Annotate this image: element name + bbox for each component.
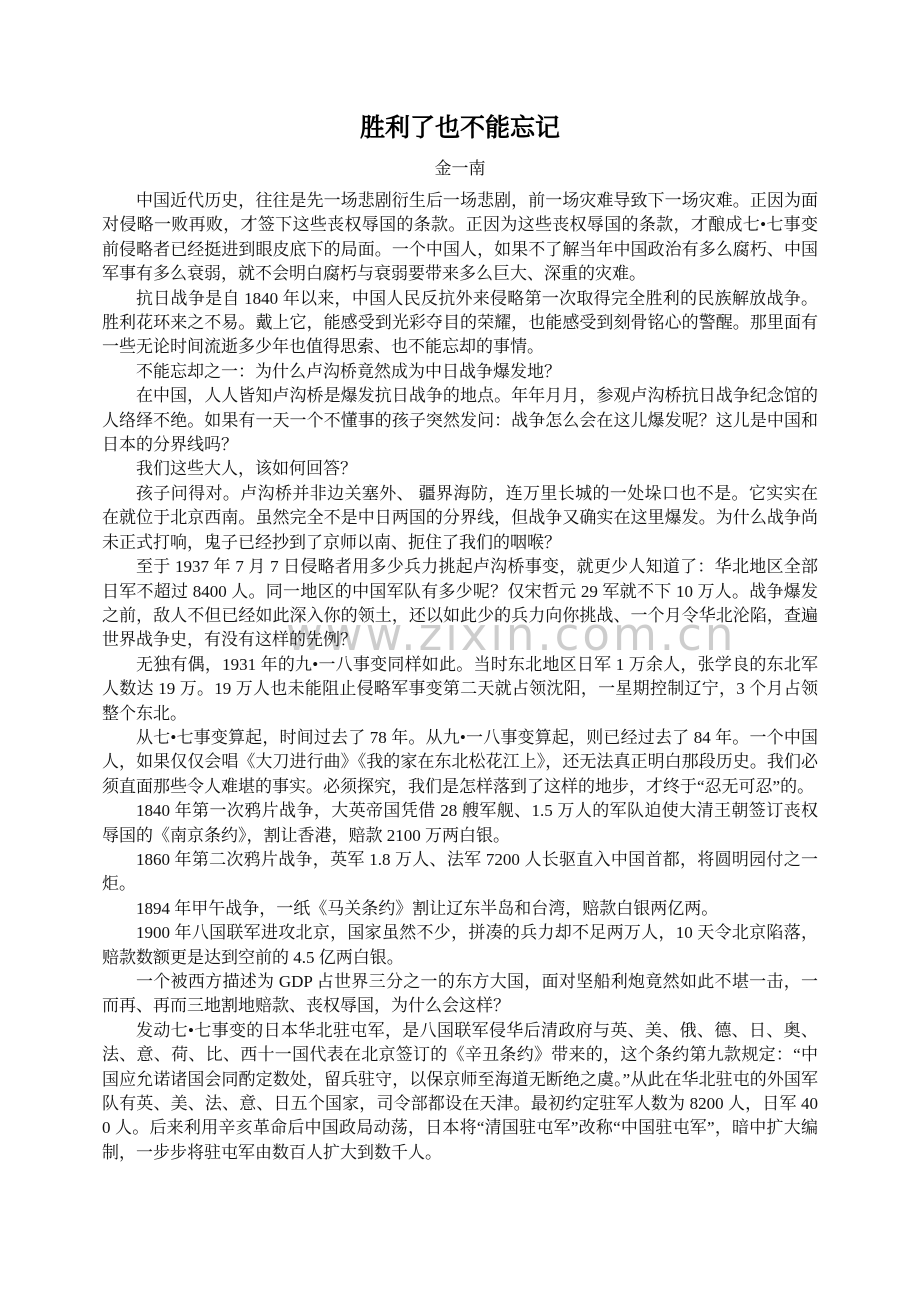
paragraph: 从七•七事变算起，时间过去了 78 年。从九•一八事变算起，则已经过去了 84 … [102,726,818,799]
paragraph: 不能忘却之一：为什么卢沟桥竟然成为中日战争爆发地？ [102,360,818,384]
paragraph: 1894 年甲午战争，一纸《马关条约》割让辽东半岛和台湾，赔款白银两亿两。 [102,897,818,921]
paragraph: 至于 1937 年 7 月 7 日侵略者用多少兵力挑起卢沟桥事变，就更少人知道了… [102,555,818,653]
paragraph: 1840 年第一次鸦片战争，大英帝国凭借 28 艘军舰、1.5 万人的军队迫使大… [102,799,818,848]
paragraph: 1900 年八国联军进攻北京，国家虽然不少，拼凑的兵力却不足两万人，10 天令北… [102,921,818,970]
paragraph: 孩子问得对。卢沟桥并非边关塞外、 疆界海防，连万里长城的一处垛口也不是。它实实在… [102,482,818,555]
paragraph: 抗日战争是自 1840 年以来，中国人民反抗外来侵略第一次取得完全胜利的民族解放… [102,287,818,360]
paragraph: 我们这些大人，该如何回答？ [102,457,818,481]
paragraph: 发动七•七事变的日本华北驻屯军，是八国联军侵华后清政府与英、美、俄、德、日、奥、… [102,1019,818,1165]
document-title: 胜利了也不能忘记 [102,0,818,144]
paragraph: 1860 年第二次鸦片战争，英军 1.8 万人、法军 7200 人长驱直入中国首… [102,848,818,897]
document-page: www.zixin.com.cn 胜利了也不能忘记 金一南 中国近代历史，往往是… [0,0,920,1302]
paragraph: 无独有偶，1931 年的九•一八事变同样如此。当时东北地区日军 1 万余人，张学… [102,653,818,726]
paragraph: 一个被西方描述为 GDP 占世界三分之一的东方大国，面对坚船利炮竟然如此不堪一击… [102,970,818,1019]
document-body: 中国近代历史，往往是先一场悲剧衍生后一场悲剧，前一场灾难导致下一场灾难。正因为面… [102,189,818,1165]
document-author: 金一南 [102,158,818,180]
paragraph: 在中国，人人皆知卢沟桥是爆发抗日战争的地点。年年月月，参观卢沟桥抗日战争纪念馆的… [102,384,818,457]
paragraph: 中国近代历史，往往是先一场悲剧衍生后一场悲剧，前一场灾难导致下一场灾难。正因为面… [102,189,818,287]
document-content: 胜利了也不能忘记 金一南 中国近代历史，往往是先一场悲剧衍生后一场悲剧，前一场灾… [0,0,920,1165]
